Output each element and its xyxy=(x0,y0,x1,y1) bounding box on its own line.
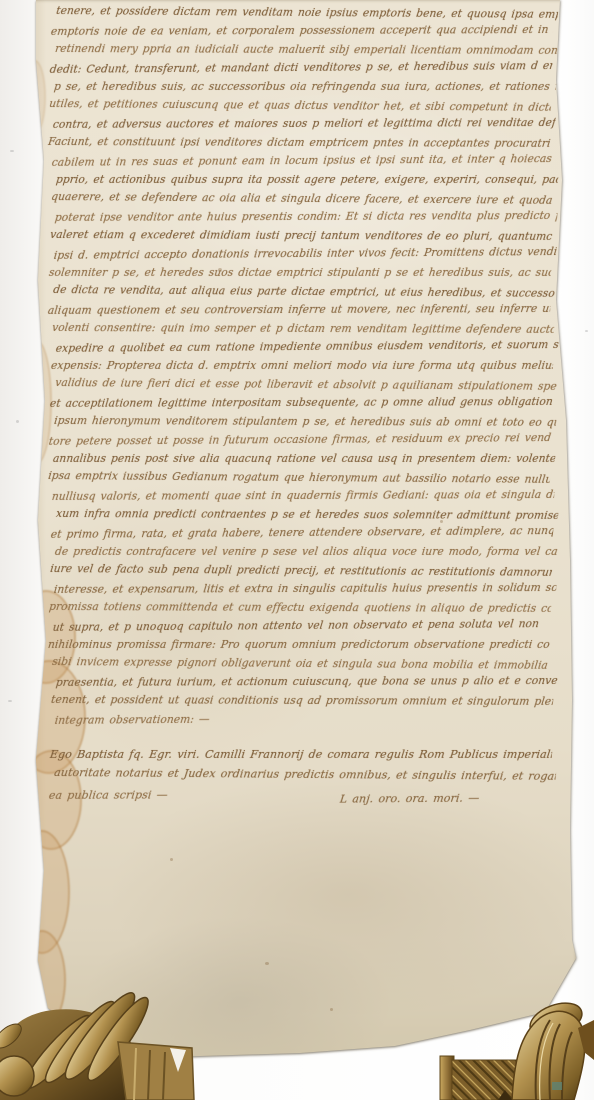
manuscript-line: et primo firma, rata, et grata habere, t… xyxy=(50,525,554,541)
manuscript-line: tore petere posset ut posse in futurum o… xyxy=(48,432,552,448)
manuscript-line: et acceptilationem legittime interposita… xyxy=(49,396,553,410)
manuscript-line: promissa totiens committenda et cum effe… xyxy=(48,601,551,615)
manuscript-line: ipsi d. emptrici accepto donationis irre… xyxy=(53,246,557,262)
manuscript-line: pprio, et actionibus quibus supra ita po… xyxy=(55,174,558,186)
manuscript-line: Faciunt, et constituunt ipsi venditores … xyxy=(47,136,550,150)
manuscript-line: nulliusq valoris, et momenti quae sint i… xyxy=(51,489,555,503)
parchment-wrap: L anj. oro. ora. mori. — quam dictam rem… xyxy=(0,0,594,1070)
manuscript-line: ut supra, et p unoquoq capitulo non atte… xyxy=(52,618,556,634)
signature-line: autoritate notarius et Judex ordinarius … xyxy=(53,766,556,783)
manuscript-line: poterat ipse venditor ante huius present… xyxy=(54,210,558,224)
manuscript-line: nihilominus promissa firmare: Pro quorum… xyxy=(47,639,550,651)
manuscript-line: tenent, et possident ut quasi conditioni… xyxy=(50,694,553,708)
manuscript-line: p se, et heredibus suis, ac successoribu… xyxy=(53,81,556,93)
manuscript-line: expensis: Propterea dicta d. emptrix omn… xyxy=(50,360,553,372)
manuscript-line: utiles, et petitiones cuiuscunq que et q… xyxy=(48,98,551,114)
manuscript-line: quaerere, et se defendere ac oia alia et… xyxy=(50,191,553,207)
manuscript-line: ipsa emptrix iussibus Gedianum rogatum q… xyxy=(47,470,550,486)
signature-line: ea publica scripsi — xyxy=(48,787,552,802)
manuscript-line: xum infra omnia predicti contraentes p s… xyxy=(55,508,558,522)
manuscript-line: praesentia, et futura iurium, et actionu… xyxy=(55,675,559,689)
parchment-sheet: L anj. oro. ora. mori. — quam dictam rem… xyxy=(30,0,578,1065)
manuscript-line: tenere, et possidere dictam rem venditam… xyxy=(55,5,558,21)
manuscript-line: cabilem ut in res suas et ponunt eam in … xyxy=(51,153,555,169)
manuscript-photo: { "manuscript": { "colors": { "ink": "#8… xyxy=(0,0,594,1100)
manuscript-line: iure vel de facto sub pena dupli predict… xyxy=(49,563,552,579)
gilt-ornaments xyxy=(0,990,594,1100)
manuscript-line: volenti consentire: quin imo semper et p… xyxy=(51,322,554,336)
gilt-ornament-right xyxy=(440,997,594,1100)
manuscript-line: de dicta re vendita, aut aliqua eius par… xyxy=(52,284,555,300)
manuscript-line: emptoris noie de ea veniam, et corporale… xyxy=(50,24,554,38)
manuscript-line: aliquam questionem et seu controversiam … xyxy=(47,303,551,317)
manuscript-text: L anj. oro. ora. mori. — quam dictam rem… xyxy=(48,0,553,1065)
manuscript-line: validius de iure fieri dici et esse pot … xyxy=(54,377,557,393)
stain-blotch xyxy=(24,60,46,134)
manuscript-line: expedire a quolibet ea cum ratione imped… xyxy=(55,339,559,355)
manuscript-line: ipsum hieronymum venditorem stipulantem … xyxy=(53,415,556,429)
manuscript-line: dedit: Cedunt, transferunt, et mandant d… xyxy=(49,60,553,76)
manuscript-line: integram observationem: — xyxy=(54,711,558,727)
manuscript-line: retinendi mery ppria an iudiciali aucte … xyxy=(54,43,557,57)
gilt-ornament-left xyxy=(0,990,194,1100)
manuscript-line: de predictis contrafacere vel venire p s… xyxy=(54,546,557,558)
manuscript-line: contra, et adversus auctores et maiores … xyxy=(52,117,556,131)
manuscript-line: solemniter p se, et heredes suos dictae … xyxy=(48,267,551,279)
manuscript-line: sibi invicem expresse pignori obligaveru… xyxy=(51,656,554,672)
manuscript-line: valeret etiam q excederet dimidiam iusti… xyxy=(49,229,552,243)
signature-line: Ego Baptista fq. Egr. viri. Camilli Fran… xyxy=(49,748,553,761)
manuscript-line: interesse, et expensarum, litis et extra… xyxy=(53,582,557,596)
manuscript-line: annalibus penis post sive alia quacunq r… xyxy=(52,453,555,465)
